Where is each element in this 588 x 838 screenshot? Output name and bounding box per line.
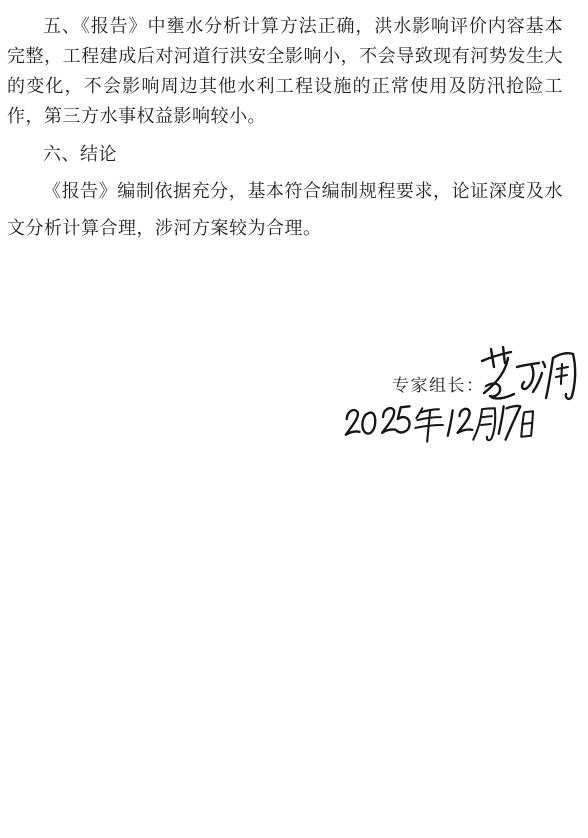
handwritten-date [338, 399, 534, 448]
section6-line-1: 《报告》编制依据充分，基本符合编制规程要求，论证深度及水 [7, 173, 563, 210]
document-page: 五、《报告》中壅水分析计算方法正确，洪水影响评价内容基本 完整，工程建成后对河道… [0, 0, 588, 838]
document-content: 五、《报告》中壅水分析计算方法正确，洪水影响评价内容基本 完整，工程建成后对河道… [7, 11, 563, 247]
section5-line-3: 的变化，不会影响周边其他水利工程设施的正常使用及防汛抢险工 [7, 71, 563, 101]
date-ink-strokes [346, 406, 533, 442]
signature-ink-strokes [482, 347, 575, 399]
signature-label: 专家组长： [392, 371, 485, 396]
expert-group-leader-signature-handwriting [478, 346, 580, 402]
section6-heading: 六、结论 [7, 139, 563, 169]
section6-line-2: 文分析计算合理，涉河方案较为合理。 [7, 210, 563, 247]
section5-line-1: 五、《报告》中壅水分析计算方法正确，洪水影响评价内容基本 [7, 11, 563, 41]
section5-line-4: 作，第三方水事权益影响较小。 [7, 101, 563, 131]
section5-line-2: 完整，工程建成后对河道行洪安全影响小，不会导致现有河势发生大 [7, 41, 563, 71]
